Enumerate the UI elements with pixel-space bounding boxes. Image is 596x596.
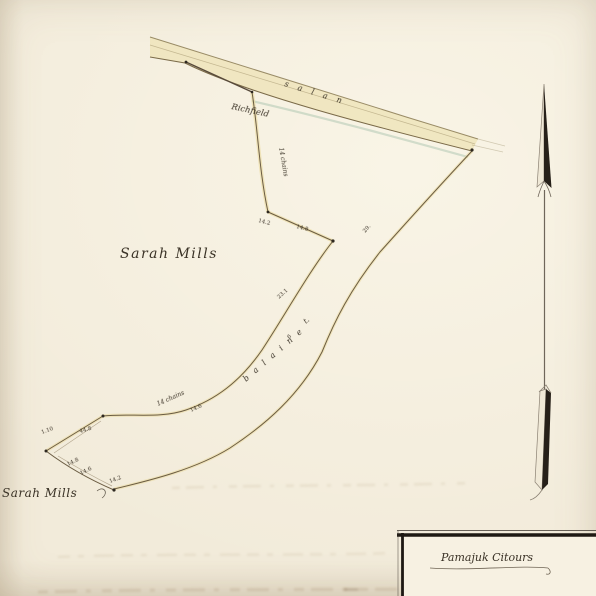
signature-flourish: [97, 489, 105, 498]
boundary-sw-jog: [46, 416, 103, 451]
measurement: 44.8: [79, 426, 93, 435]
measurement: 14.2: [109, 475, 123, 485]
legend-box-fill: [403, 536, 596, 596]
ghost-mark: [344, 588, 358, 591]
vertex-dot: [45, 450, 48, 453]
vertex-dot: [112, 488, 115, 491]
vertex-dot: [251, 91, 254, 94]
measurement: 23.1: [276, 288, 289, 301]
measurement: 14.8: [66, 457, 80, 468]
measurement: 14.2: [258, 218, 271, 227]
vertex-dot: [470, 148, 473, 151]
boundary-note-left: 14 chains: [277, 147, 289, 177]
boundary-note-lower: 14 chains: [156, 390, 186, 408]
north-arrow-head-dark: [544, 84, 552, 188]
legend-inscription: Pamajuk Citours: [440, 551, 533, 564]
map-labels: Sarah Mills Sarah Mills s a l a n Richfi…: [2, 79, 346, 500]
owner-label-bottom: Sarah Mills: [2, 486, 77, 500]
owner-label-center: Sarah Mills: [120, 246, 218, 262]
vertex-dot: [185, 61, 188, 64]
measurement: 29.: [362, 224, 372, 235]
vertex-dot: [267, 211, 270, 214]
north-arrow-tail-hook: [530, 490, 542, 500]
north-arrow-icon: [530, 84, 552, 500]
vertex-dot: [331, 239, 334, 242]
ghost-line: [172, 483, 470, 488]
legend-box: Pamajuk Citours: [397, 531, 596, 596]
map-canvas: Sarah Mills Sarah Mills s a l a n Richfi…: [0, 0, 596, 596]
vertex-dot: [102, 415, 105, 418]
scanned-survey-map: Sarah Mills Sarah Mills s a l a n Richfi…: [0, 0, 596, 596]
boundary-east-road-edge: [114, 151, 472, 489]
measurement: 1.10: [41, 426, 55, 436]
diagonal-road-green-mark: t.: [302, 316, 311, 325]
measurement: 14.8: [296, 224, 310, 233]
north-arrow-head-light: [537, 84, 544, 187]
ghost-line: [58, 553, 392, 557]
yellow-wash-east: [114, 151, 472, 489]
